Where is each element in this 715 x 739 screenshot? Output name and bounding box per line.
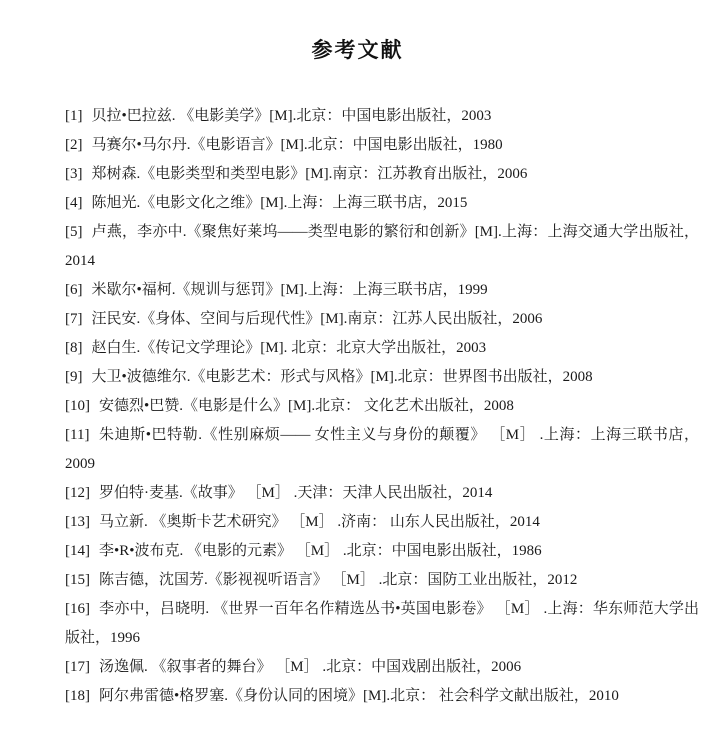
reference-number: [15] <box>65 566 90 595</box>
reference-number: [14] <box>65 537 90 566</box>
reference-number: [3] <box>65 160 83 189</box>
reference-item-11: [11]朱迪斯•巴特勒.《性别麻烦—— 女性主义与身份的颠覆》 ［M］ .上海：… <box>65 421 699 479</box>
reference-item-3: [3]郑树森.《电影类型和类型电影》[M].南京：江苏教育出版社，2006 <box>65 160 699 189</box>
reference-number: [4] <box>65 189 83 218</box>
reference-item-18: [18]阿尔弗雷德•格罗塞.《身份认同的困境》[M].北京： 社会科学文献出版社… <box>65 682 699 711</box>
reference-number: [16] <box>65 595 90 624</box>
reference-item-10: [10]安德烈•巴赞.《电影是什么》[M].北京： 文化艺术出版社，2008 <box>65 392 699 421</box>
reference-number: [7] <box>65 305 83 334</box>
reference-item-17: [17]汤逸佩. 《叙事者的舞台》 ［M］ .北京：中国戏剧出版社，2006 <box>65 653 699 682</box>
reference-item-7: [7]汪民安.《身体、空间与后现代性》[M].南京：江苏人民出版社，2006 <box>65 305 699 334</box>
reference-number: [1] <box>65 102 83 131</box>
reference-item-4: [4]陈旭光.《电影文化之维》[M].上海：上海三联书店，2015 <box>65 189 699 218</box>
reference-text: 卢燕，李亦中.《聚焦好莱坞——类型电影的繁衍和创新》[M].上海：上海交通大学出… <box>65 224 699 269</box>
reference-text: 汪民安.《身体、空间与后现代性》[M].南京：江苏人民出版社，2006 <box>92 311 543 327</box>
reference-text: 阿尔弗雷德•格罗塞.《身份认同的困境》[M].北京： 社会科学文献出版社，201… <box>99 688 619 704</box>
reference-number: [5] <box>65 218 83 247</box>
reference-number: [12] <box>65 479 90 508</box>
page-title: 参考文献 <box>0 36 715 66</box>
reference-number: [11] <box>65 421 89 450</box>
reference-item-1: [1]贝拉•巴拉兹. 《电影美学》[M].北京：中国电影出版社，2003 <box>65 102 699 131</box>
reference-item-16: [16]李亦中，吕晓明. 《世界一百年名作精选丛书•英国电影卷》 ［M］ .上海… <box>65 595 699 653</box>
reference-number: [6] <box>65 276 83 305</box>
reference-item-14: [14]李•R•波布克. 《电影的元素》 ［M］ .北京：中国电影出版社，198… <box>65 537 699 566</box>
reference-number: [18] <box>65 682 90 711</box>
reference-number: [10] <box>65 392 90 421</box>
reference-text: 郑树森.《电影类型和类型电影》[M].南京：江苏教育出版社，2006 <box>92 166 528 182</box>
reference-item-8: [8]赵白生.《传记文学理论》[M]. 北京：北京大学出版社，2003 <box>65 334 699 363</box>
reference-text: 朱迪斯•巴特勒.《性别麻烦—— 女性主义与身份的颠覆》 ［M］ .上海：上海三联… <box>65 427 699 472</box>
reference-text: 贝拉•巴拉兹. 《电影美学》[M].北京：中国电影出版社，2003 <box>92 108 492 124</box>
reference-text: 安德烈•巴赞.《电影是什么》[M].北京： 文化艺术出版社，2008 <box>99 398 514 414</box>
reference-text: 赵白生.《传记文学理论》[M]. 北京：北京大学出版社，2003 <box>92 340 487 356</box>
reference-item-12: [12]罗伯特·麦基.《故事》 ［M］ .天津：天津人民出版社，2014 <box>65 479 699 508</box>
reference-text: 米歇尔•福柯.《规训与惩罚》[M].上海：上海三联书店，1999 <box>92 282 488 298</box>
reference-text: 罗伯特·麦基.《故事》 ［M］ .天津：天津人民出版社，2014 <box>99 485 492 501</box>
reference-item-6: [6]米歇尔•福柯.《规训与惩罚》[M].上海：上海三联书店，1999 <box>65 276 699 305</box>
reference-text: 李亦中，吕晓明. 《世界一百年名作精选丛书•英国电影卷》 ［M］ .上海：华东师… <box>65 601 699 646</box>
reference-text: 陈吉德，沈国芳.《影视视听语言》 ［M］ .北京：国防工业出版社，2012 <box>99 572 577 588</box>
reference-item-5: [5]卢燕，李亦中.《聚焦好莱坞——类型电影的繁衍和创新》[M].上海：上海交通… <box>65 218 699 276</box>
reference-text: 马立新. 《奥斯卡艺术研究》 ［M］ .济南： 山东人民出版社，2014 <box>99 514 540 530</box>
reference-number: [2] <box>65 131 83 160</box>
document-page: 参考文献 [1]贝拉•巴拉兹. 《电影美学》[M].北京：中国电影出版社，200… <box>0 0 715 739</box>
reference-text: 陈旭光.《电影文化之维》[M].上海：上海三联书店，2015 <box>92 195 468 211</box>
reference-item-13: [13]马立新. 《奥斯卡艺术研究》 ［M］ .济南： 山东人民出版社，2014 <box>65 508 699 537</box>
reference-item-9: [9]大卫•波德维尔.《电影艺术：形式与风格》[M].北京：世界图书出版社，20… <box>65 363 699 392</box>
reference-text: 马赛尔•马尔丹.《电影语言》[M].北京：中国电影出版社，1980 <box>92 137 503 153</box>
reference-number: [8] <box>65 334 83 363</box>
reference-number: [13] <box>65 508 90 537</box>
reference-text: 汤逸佩. 《叙事者的舞台》 ［M］ .北京：中国戏剧出版社，2006 <box>99 659 521 675</box>
reference-list: [1]贝拉•巴拉兹. 《电影美学》[M].北京：中国电影出版社，2003 [2]… <box>0 102 715 711</box>
reference-number: [9] <box>65 363 83 392</box>
reference-text: 李•R•波布克. 《电影的元素》 ［M］ .北京：中国电影出版社，1986 <box>99 543 542 559</box>
reference-item-15: [15]陈吉德，沈国芳.《影视视听语言》 ［M］ .北京：国防工业出版社，201… <box>65 566 699 595</box>
reference-number: [17] <box>65 653 90 682</box>
reference-text: 大卫•波德维尔.《电影艺术：形式与风格》[M].北京：世界图书出版社，2008 <box>92 369 593 385</box>
reference-item-2: [2]马赛尔•马尔丹.《电影语言》[M].北京：中国电影出版社，1980 <box>65 131 699 160</box>
